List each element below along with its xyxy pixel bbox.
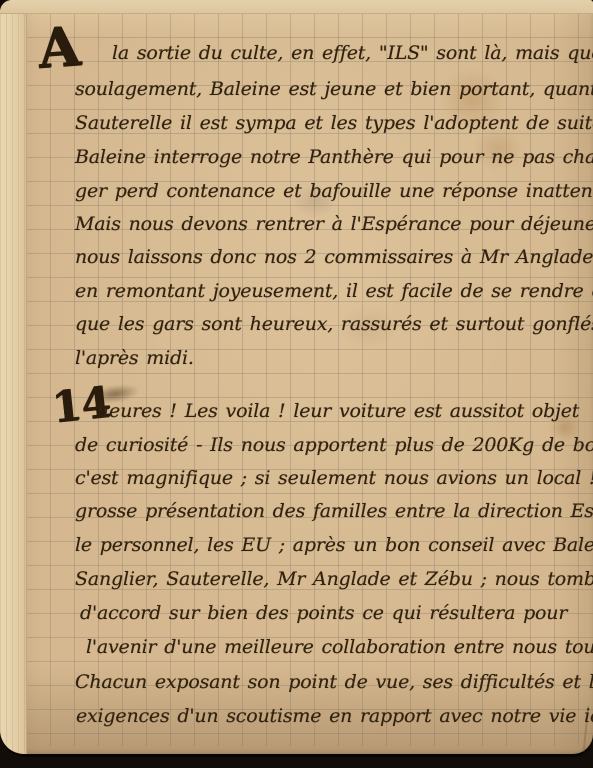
manuscript-line: que les gars sont heureux, rassurés et s…	[75, 313, 593, 335]
manuscript-line: l'avenir d'une meilleure collaboration e…	[86, 636, 593, 658]
manuscript-line: la sortie du culte, en effet, "ILS" sont…	[112, 42, 593, 64]
manuscript-line: nous laissons donc nos 2 commissaires à …	[75, 246, 593, 268]
manuscript-line: d'accord sur bien des points ce qui résu…	[80, 602, 567, 624]
manuscript-line: Baleine interroge notre Panthère qui pou…	[75, 146, 593, 168]
manuscript-line: Sanglier, Sauterelle, Mr Anglade et Zébu…	[75, 568, 593, 590]
manuscript-line: l'après midi.	[75, 347, 194, 369]
manuscript-line: heures ! Les voila ! leur voiture est au…	[97, 400, 579, 422]
manuscript-line: Mais nous devons rentrer à l'Espérance p…	[75, 213, 593, 235]
page-spine-edge	[0, 0, 27, 754]
notebook-page: A 14 la sortie du culte, en effet, "ILS"…	[0, 0, 593, 754]
manuscript-line: ger perd contenance et bafouille une rép…	[75, 180, 593, 202]
manuscript-line: exigences d'un scoutisme en rapport avec…	[76, 705, 593, 727]
page-top-edge	[0, 0, 593, 14]
manuscript-line: de curiosité - Ils nous apportent plus d…	[75, 434, 593, 456]
manuscript-line: le personnel, les EU ; après un bon cons…	[75, 534, 593, 556]
dropcap-initial-a: A	[36, 19, 82, 76]
manuscript-line: grosse présentation des familles entre l…	[75, 500, 593, 522]
notebook-photo: A 14 la sortie du culte, en effet, "ILS"…	[0, 0, 593, 768]
manuscript-line: c'est magnifique ; si seulement nous avi…	[75, 467, 593, 489]
manuscript-line: en remontant joyeusement, il est facile …	[75, 280, 593, 302]
manuscript-line: soulagement, Baleine est jeune et bien p…	[75, 78, 593, 100]
manuscript-line: Sauterelle il est sympa et les types l'a…	[75, 112, 593, 134]
manuscript-line: Chacun exposant son point de vue, ses di…	[75, 671, 593, 693]
